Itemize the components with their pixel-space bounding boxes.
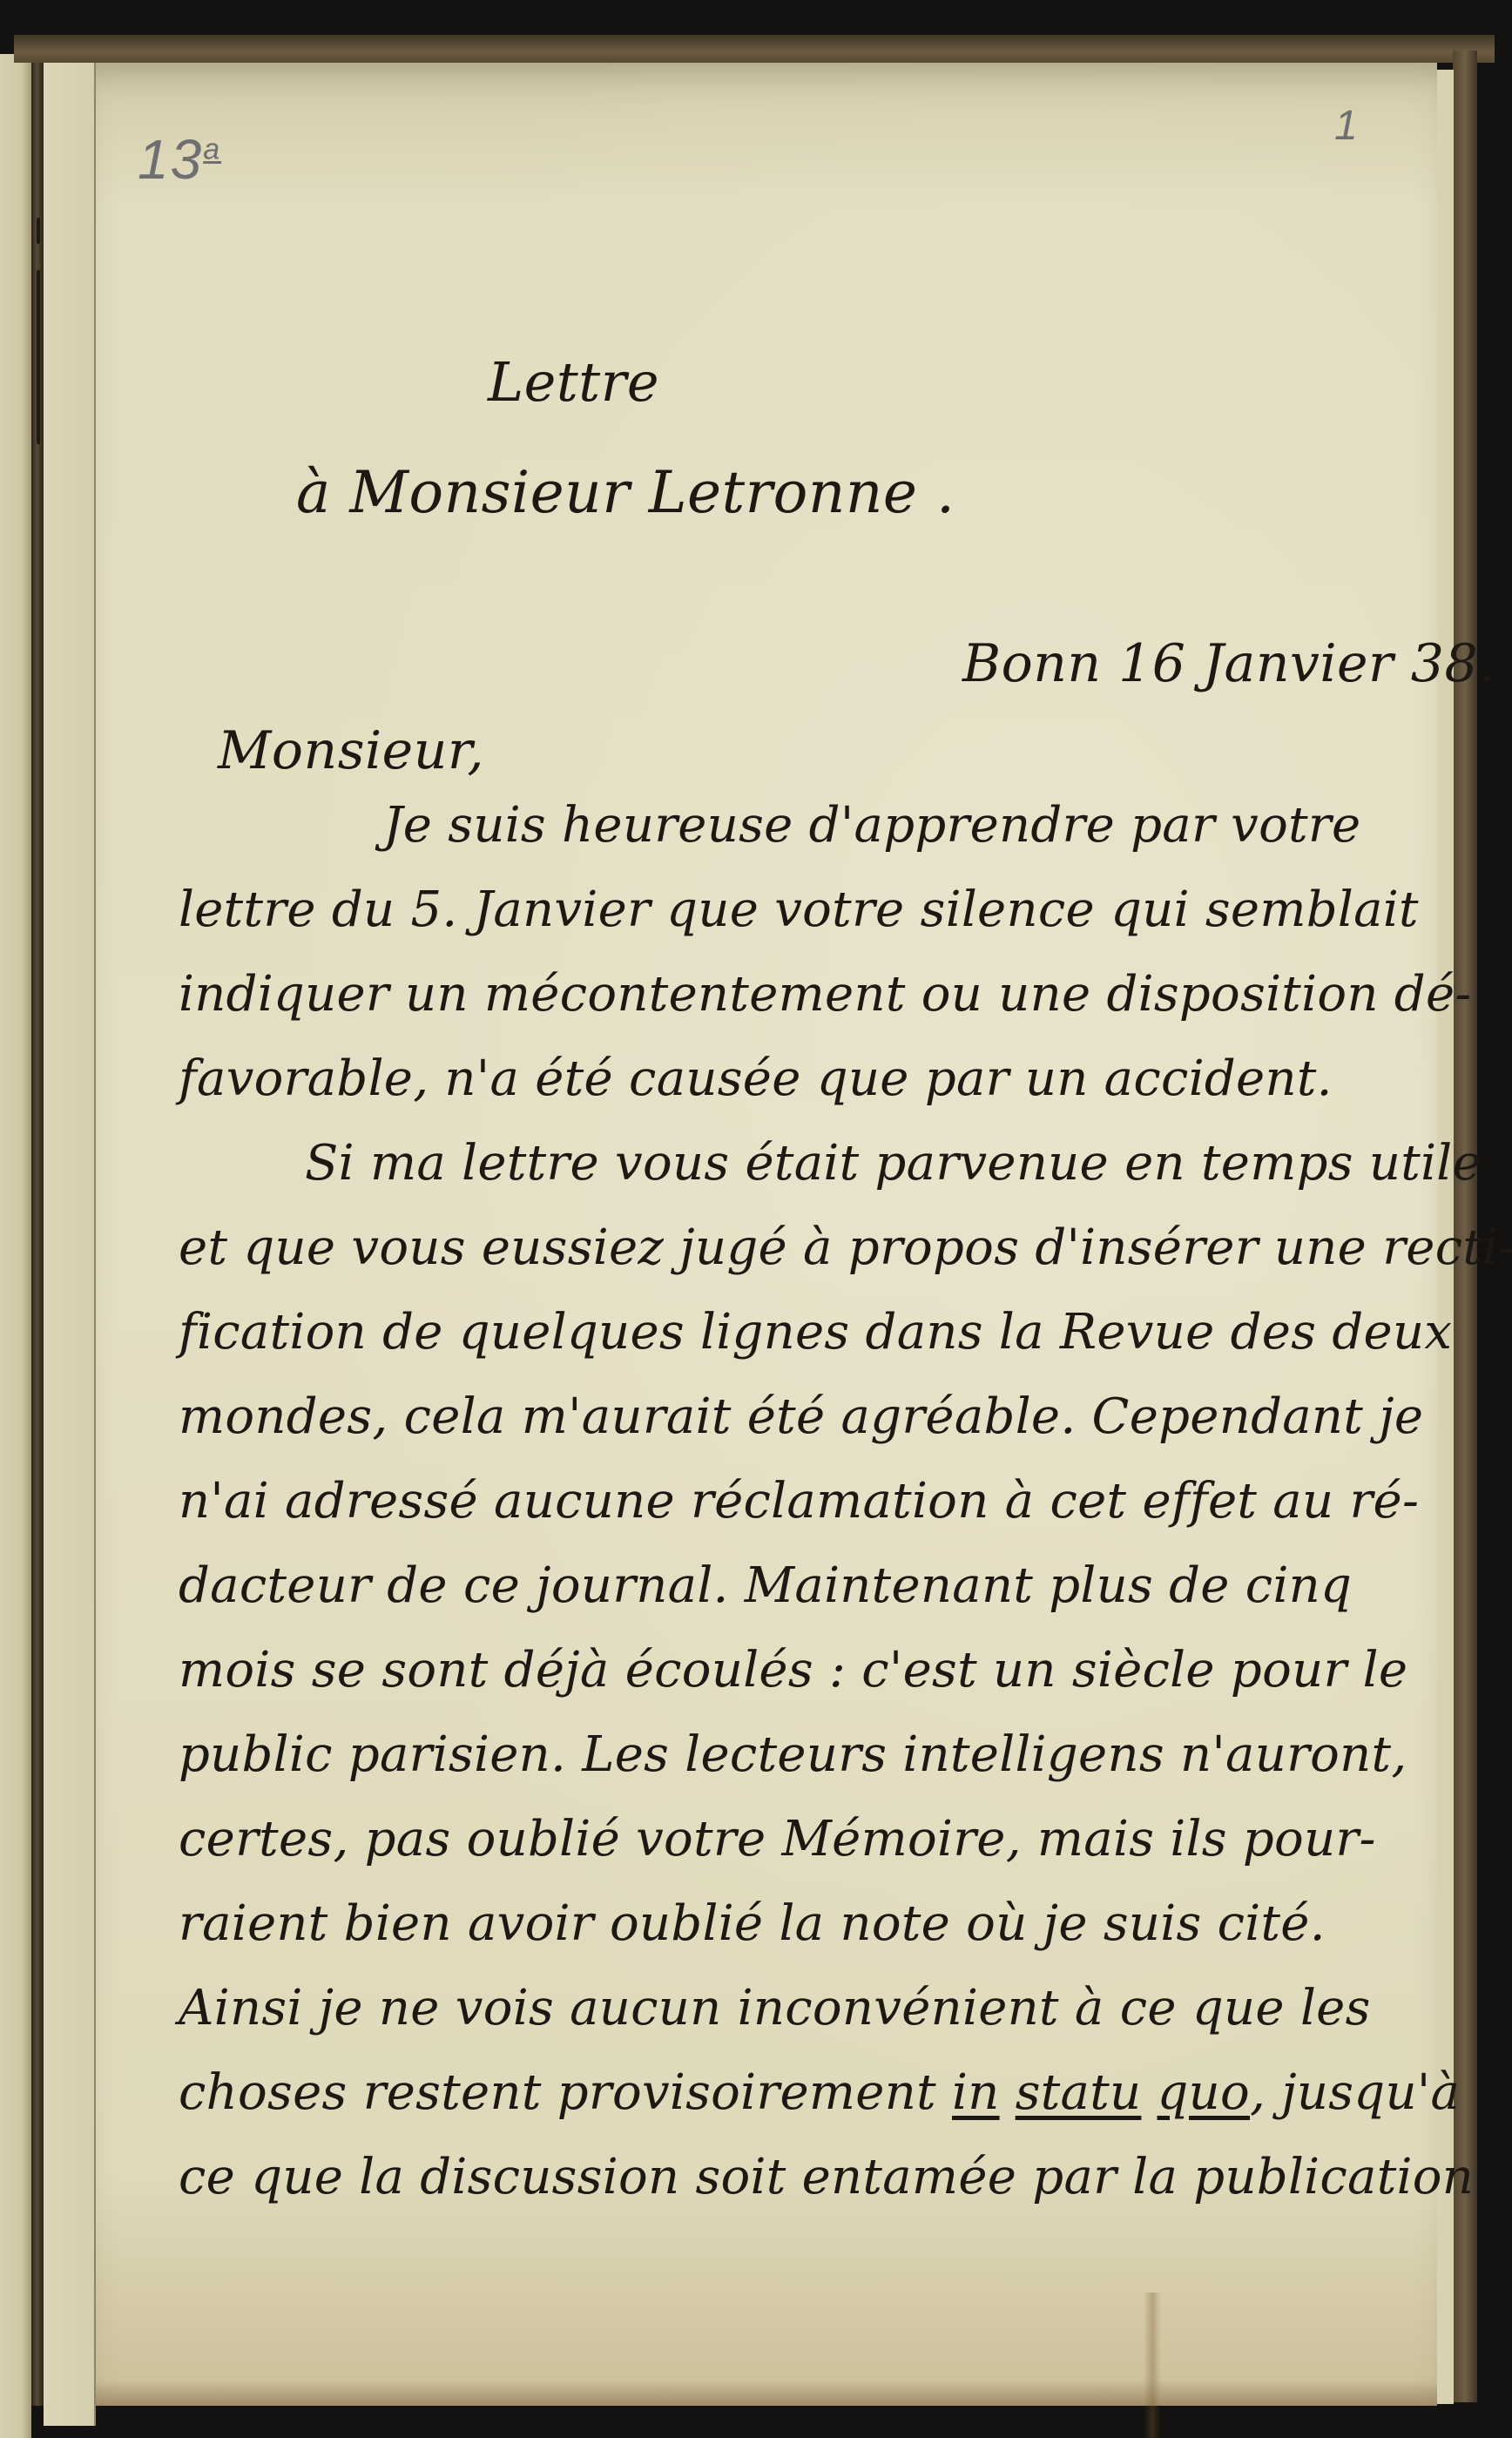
body-line-9: n'ai adressé aucune réclamation à cet ef… [179,1473,1424,1530]
body-line-4: favorable, n'a été causée que par un acc… [179,1050,1424,1107]
line-16-text: choses restent provisoirement [179,2064,952,2121]
body-line-14: raient bien avoir oublié la note où je s… [179,1895,1424,1952]
underlined-latin-quo: quo [1158,2064,1251,2121]
facing-page-edge [0,54,31,2438]
folio-annotation: 13a [138,127,221,192]
space [1141,2064,1157,2121]
cover-top-edge [14,35,1495,63]
body-line-1: Je suis heureuse d'apprendre par votre [383,797,1512,854]
manuscript-page: 13a 1 Lettre à Monsieur Letronne . Bonn … [96,63,1437,2406]
foxing-stain-bottom [96,2380,1437,2406]
body-line-6: et que vous eussiez jugé à propos d'insé… [179,1219,1424,1276]
body-line-8: mondes, cela m'aurait été agréable. Cepe… [179,1388,1424,1445]
body-line-15: Ainsi je ne vois aucun inconvénient à ce… [179,1980,1424,2036]
body-line-16: choses restent provisoirement in statu q… [179,2064,1424,2121]
underlined-latin-in: in [952,2064,1000,2121]
page-number: 1 [1334,102,1358,150]
dateline: Bonn 16 Janvier 38. [962,633,1495,694]
folio-number: 13 [138,128,203,191]
water-stain [1144,2293,1161,2438]
binding-thread [37,270,40,444]
binding-stitch [37,218,40,244]
body-line-11: mois se sont déjà écoulés : c'est un siè… [179,1642,1424,1698]
body-line-13: certes, pas oublié votre Mémoire, mais i… [179,1811,1424,1867]
line-16-tail: , jusqu'à [1250,2064,1460,2121]
underlined-latin-statu: statu [1016,2064,1142,2121]
folio-superscript: a [203,133,221,166]
salutation: Monsieur, [218,720,484,781]
body-line-5: Si ma lettre vous était parvenue en temp… [305,1135,1512,1192]
body-line-7: fication de quelques lignes dans la Revu… [179,1304,1424,1361]
letter-addressee: à Monsieur Letronne . [296,459,955,526]
body-line-3: indiquer un mécontentement ou une dispos… [179,966,1424,1023]
binding-stub [44,61,96,2426]
body-line-2: lettre du 5. Janvier que votre silence q… [179,881,1424,938]
body-line-10: dacteur de ce journal. Maintenant plus d… [179,1557,1424,1614]
body-line-12: public parisien. Les lecteurs intelligen… [179,1726,1424,1783]
body-line-17: ce que la discussion soit entamée par la… [179,2149,1424,2205]
space [1000,2064,1016,2121]
letter-title: Lettre [488,350,659,414]
